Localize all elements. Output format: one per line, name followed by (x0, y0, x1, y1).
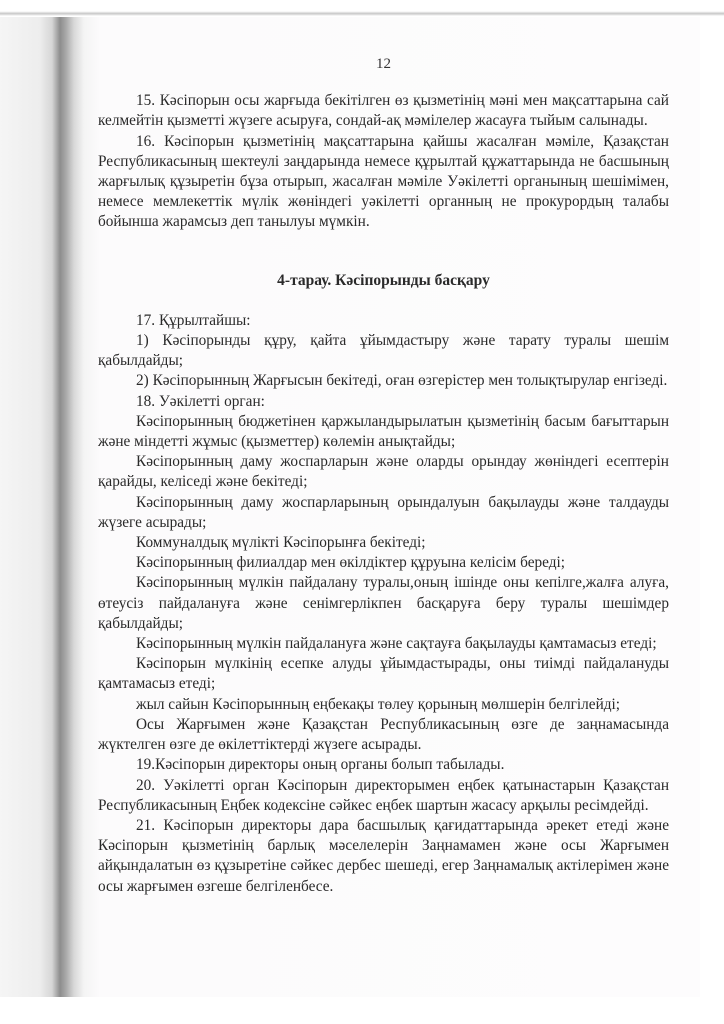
chapter-heading: 4-тарау. Кәсіпорынды басқару (98, 271, 669, 291)
paragraph-20: 20. Уәкілетті орган Кәсіпорын директорым… (98, 776, 669, 816)
paragraph-19: 19.Кәсіпорын директоры оның органы болып… (98, 755, 669, 775)
paragraph-18-item-9: жыл сайын Кәсіпорынның еңбекақы төлеу қо… (98, 695, 669, 715)
paragraph-17: 17. Құрылтайшы: (98, 311, 669, 331)
scanned-page: 12 15. Кәсіпорын осы жарғыда бекітілген … (0, 0, 724, 1024)
paragraph-18-item-3: Кәсіпорынның даму жоспарларының орындалу… (98, 493, 669, 533)
paragraph-16: 16. Кәсіпорын қызметінің мақсаттарына қа… (98, 132, 669, 233)
paragraph-15: 15. Кәсіпорын осы жарғыда бекітілген өз … (98, 91, 669, 131)
document-body: 12 15. Кәсіпорын осы жарғыда бекітілген … (98, 54, 669, 897)
page-number: 12 (98, 54, 669, 74)
paragraph-17-item-1: 1) Кәсіпорынды құру, қайта ұйымдастыру ж… (98, 331, 669, 371)
paragraph-18-item-7: Кәсіпорынның мүлкін пайдалануға және сақ… (98, 634, 669, 654)
paragraph-18-item-2: Кәсіпорынның даму жоспарларын және олард… (98, 452, 669, 492)
paragraph-18-item-6: Кәсіпорынның мүлкін пайдалану туралы,оны… (98, 573, 669, 634)
paragraph-18-item-4: Коммуналдық мүлікті Кәсіпорынға бекітеді… (98, 533, 669, 553)
paragraph-17-item-2: 2) Кәсіпорынның Жарғысын бекітеді, оған … (98, 371, 669, 391)
paragraph-21: 21. Кәсіпорын директоры дара басшылық қа… (98, 816, 669, 897)
paragraph-18-item-5: Кәсіпорынның филиалдар мен өкілдіктер құ… (98, 553, 669, 573)
paragraph-18: 18. Уәкілетті орган: (98, 392, 669, 412)
scan-top-edge (0, 0, 724, 16)
paragraph-18-item-10: Осы Жарғымен және Қазақстан Республикасы… (98, 715, 669, 755)
paragraph-18-item-8: Кәсіпорын мүлкінің есепке алуды ұйымдаст… (98, 654, 669, 694)
scan-bottom-margin (0, 997, 724, 1024)
paragraph-18-item-1: Кәсіпорынның бюджетінен қаржыландырылаты… (98, 412, 669, 452)
